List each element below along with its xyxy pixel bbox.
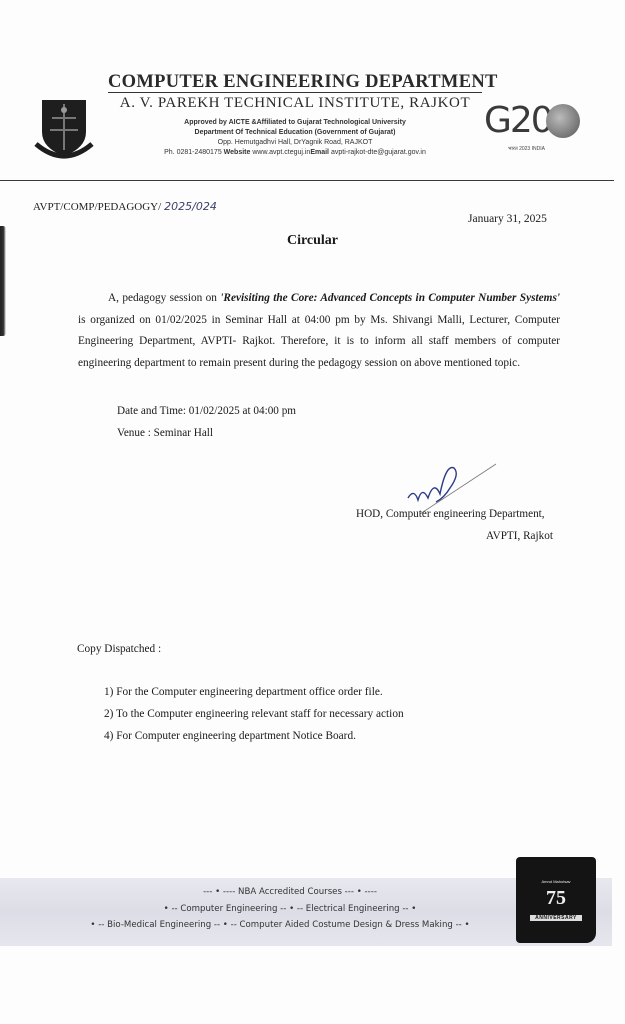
footer-courses-2: • -- Bio-Medical Engineering -- • -- Com… (40, 920, 520, 930)
institute-title: A. V. PAREKH TECHNICAL INSTITUTE, RAJKOT (108, 95, 482, 112)
phone-label: Ph. (164, 149, 175, 156)
footer-accreditation: --- • ---- NBA Accredited Courses --- • … (60, 887, 520, 897)
contact-line: Ph. 0281-2480175 Website www.avpt.cteguj… (108, 148, 482, 158)
g20-logo: G20 भारत 2023 INDIA (484, 96, 604, 166)
circular-title: Circular (0, 233, 625, 249)
signatory-institute: AVPTI, Rajkot (486, 530, 553, 542)
approval-line: Approved by AICTE &Affiliated to Gujarat… (108, 118, 482, 128)
session-datetime: Date and Time: 01/02/2025 at 04:00 pm (117, 405, 296, 417)
institute-crest-logo (34, 96, 94, 166)
address-line: Opp. Hemutgadhvi Hall, DrYagnik Road, RA… (108, 138, 482, 148)
reference-printed: AVPT/COMP/PEDAGOGY/ (33, 201, 161, 213)
anniversary-number: 75 (516, 887, 596, 910)
g20-text: G20 (484, 100, 552, 141)
session-topic: 'Revisiting the Core: Advanced Concepts … (220, 292, 560, 304)
email-link[interactable]: avpti-rajkot-dte@gujarat.gov.in (331, 149, 426, 156)
anniversary-label: ANNIVERSARY (530, 915, 582, 921)
copy-dispatched-title: Copy Dispatched : (77, 643, 161, 655)
circular-date: January 31, 2025 (468, 213, 547, 225)
website-label: Website (224, 149, 251, 156)
body-rest: is organized on 01/02/2025 in Seminar Ha… (78, 314, 560, 369)
session-venue: Venue : Seminar Hall (117, 427, 213, 439)
g20-tagline: भारत 2023 INDIA (508, 146, 545, 152)
email-label: Email (310, 149, 329, 156)
header-divider (0, 180, 614, 181)
anniversary-top-text: Amrut Mahotsav (516, 879, 596, 884)
body-intro: A, pedagogy session on (108, 292, 220, 304)
circular-body: A, pedagogy session on 'Revisiting the C… (78, 288, 560, 374)
signatory-title: HOD, Computer engineering Department, (356, 508, 545, 520)
parent-department-line: Department Of Technical Education (Gover… (108, 128, 482, 138)
globe-lotus-icon (546, 104, 580, 138)
department-title: COMPUTER ENGINEERING DEPARTMENT (108, 72, 482, 93)
footer-courses-1: • -- Computer Engineering -- • -- Electr… (60, 904, 520, 914)
copy-item: 1) For the Computer engineering departme… (104, 686, 383, 698)
website-link[interactable]: www.avpt.cteguj.in (252, 149, 310, 156)
anniversary-badge: Amrut Mahotsav 75 ANNIVERSARY (516, 857, 596, 943)
copy-item: 4) For Computer engineering department N… (104, 730, 356, 742)
reference-number: AVPT/COMP/PEDAGOGY/2025/024 (33, 200, 217, 213)
reference-handwritten: 2025/024 (164, 200, 217, 213)
phone-number: 0281-2480175 (177, 149, 222, 156)
copy-item: 2) To the Computer engineering relevant … (104, 708, 404, 720)
